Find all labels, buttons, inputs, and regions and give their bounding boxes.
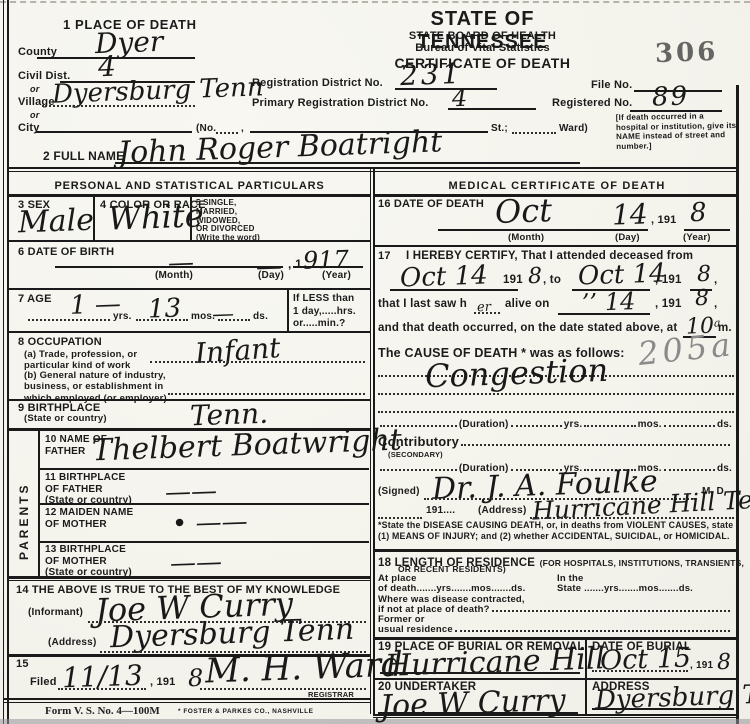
contracted-row: if not at place of death? [378,603,732,615]
sex-race-divider [93,197,95,240]
date-of-death-label: 16 DATE OF DEATH [378,198,484,210]
right-bottom-rule-a [373,714,739,716]
alive-comma: , [714,298,717,310]
former-line-2: usual residence [378,624,453,635]
undertaker-divider [585,678,587,714]
age-mos-label: mos. [191,311,215,322]
hospital-note: [If death occurred in a hospital or inst… [616,111,739,151]
former-row: usual residence [378,623,732,635]
dod-month-label: (Month) [508,232,544,243]
cause-lead-3 [378,410,734,413]
burial-year-prefix: , 191 [690,660,713,671]
top-edge-dashes [0,1,750,3]
contributory-row: Contributory [378,432,732,449]
dod-line-1 [438,229,648,231]
dob-line-2 [293,266,363,268]
filed-label: Filed [30,676,57,688]
printer-footer: * FOSTER & PARKES CO., NASHVILLE [178,708,313,715]
age-rule [9,331,370,333]
to-year-value: 8 [697,262,712,287]
last-saw-prefix: that I last saw h [378,298,467,310]
row-a-rule [9,240,370,242]
age-less-note: If LESS than 1 day,.....hrs. or.....min.… [293,293,356,331]
dob-label: 6 DATE OF BIRTH [18,246,114,258]
dotted-leader [455,629,730,632]
reg-district-line [395,88,497,90]
occupation-a-label: (a) Trade, profession, or particular kin… [24,349,137,372]
disease-footnote: *State the DISEASE CAUSING DEATH, or, in… [378,520,734,542]
duration-label-1: (Duration) [459,419,509,430]
mother-name-label: 12 MAIDEN NAME OF MOTHER [45,507,133,531]
reg-district-label: Registration District No. [252,77,383,89]
informant-label: (Informant) [28,607,83,618]
duration-yrs-1: yrs. [564,419,583,430]
burial-rule-top [373,637,739,640]
date-of-death-month: Oct [494,191,552,231]
parents-rule-a [9,576,370,579]
cause-of-death-value: Congestion [424,351,608,395]
left-bottom-rule-b [3,702,370,703]
occurred-label: and that death occurred, on the date sta… [378,322,677,334]
dod-rule [373,245,739,247]
city-line [36,131,192,133]
registered-no-label: Registered No. [552,97,632,109]
age-yrs-lead [28,318,110,321]
or-label-2: or [30,110,39,120]
date-of-death-year: 8 [689,198,707,229]
or-label-1: or [30,84,39,94]
from-year-value: 8 [528,264,543,289]
filed-lead [58,687,146,690]
age-box-divider [287,290,289,331]
dod-year-label: (Year) [683,232,711,243]
age-ds-lead [218,318,250,321]
residence-rule-top [373,549,739,552]
filed-year-prefix: , 191 [150,676,175,688]
duration-ds-2: ds. [717,463,732,474]
duration-ds-1: ds. [717,419,732,430]
parents-label: PARENTS [17,440,31,560]
last-saw-lead [474,311,500,314]
burial-date-lead [592,669,688,672]
full-name-label: 2 FULL NAME [43,149,124,163]
burial-place-line [380,672,580,674]
date-of-death-day: 14 [611,197,648,231]
dod-day-label: (Day) [615,232,640,243]
alive-year-prefix: , 191 [655,298,682,310]
dotted-leader [380,424,457,427]
dob-year-label: (Year) [322,270,351,281]
mother-name-value: • —— [171,507,248,540]
father-rule [38,468,369,470]
alive-line [558,313,650,315]
signed-label: (Signed) [378,486,420,497]
dob-year-prefix: , 1 [288,257,302,271]
dotted-leader [584,424,635,427]
to-year-prefix: , 191 [655,274,682,286]
file-no-label: File No. [591,79,632,91]
left-border-inner [7,0,9,724]
stamp-number: 306 [654,37,718,69]
from-line [390,289,518,291]
parents-rule-b [9,580,370,581]
dotted-leader [664,424,715,427]
dob-day-label: (Day) [258,270,284,281]
ward-label: Ward) [559,123,588,134]
registrar-signature: M. H. Ward [204,645,403,692]
street-label: St.; [491,123,508,134]
bureau-line: Bureau of Vital Statistics [375,42,590,54]
cause-lead-2 [378,392,734,395]
left-border-outer [3,0,4,724]
filed-number: 15 [16,658,29,670]
sex-value: Male [17,203,94,241]
state-units: State .......yrs.......mos.......ds. [557,583,693,594]
father-birthplace-label: 11 BIRTHPLACE OF FATHER (State or countr… [45,472,132,507]
dob-month-label: (Month) [155,270,193,281]
bottom-scan-edge [0,719,750,724]
undertaker-address-value: Dyersburg Tenn [595,678,750,715]
alive-on-label: alive on [505,298,549,310]
mother-rule [38,541,369,543]
contributory-label: Contributory [378,434,459,449]
village-line [42,104,195,107]
medical-title-rule [375,194,739,197]
father-bp-rule [38,503,369,505]
age-ds-label: ds. [253,311,268,322]
primary-reg-label: Primary Registration District No. [252,97,429,109]
full-name-line [115,162,580,164]
marital-label: 5 SINGLE, MARRIED, WIDOWED, OR DIVORCED … [196,199,260,243]
ward-line [512,131,556,134]
mother-birthplace-label: 13 BIRTHPLACE OF MOTHER (State or countr… [45,544,132,579]
age-label: 7 AGE [18,293,52,305]
race-marital-divider [190,197,192,240]
sig-address-lead [530,516,734,519]
undertaker-rule-top [373,678,739,680]
sig-address-label: (Address) [478,505,526,516]
dob-line-1 [55,266,283,268]
age-yrs-label: yrs. [113,311,132,322]
dotted-leader [461,443,730,446]
alive-year-value: 8 [695,286,710,311]
death-certificate-document: 1 PLACE OF DEATH County Dyer Civil Dist.… [0,0,750,724]
dod-year-prefix: , 191 [651,214,676,226]
board-line: STATE BOARD OF HEALTH [375,30,590,42]
occupation-b-lead [168,392,365,395]
to-label: , to [543,274,561,286]
from-year-printed: 191 [503,274,523,286]
registered-no-value: 89 [651,81,689,112]
county-line [37,57,195,59]
occupation-a-value: Infant [194,331,282,370]
occupation-label: 8 OCCUPATION [18,336,102,348]
burial-year-value: 8 [717,650,732,675]
sig-year-label: 191.... [426,505,455,516]
medical-section-title: MEDICAL CERTIFICATE OF DEATH [375,180,739,192]
duration-row-1: (Duration) yrs. mos. ds. [378,414,732,430]
sig-date-lead [378,516,422,519]
informant-address-label: (Address) [48,637,96,648]
certify-number: 17 [378,250,391,262]
mother-birthplace-value: —— [169,547,222,579]
duration-mos-1: mos. [638,419,662,430]
at-place-units: of death.......yrs.......mos.......ds. [378,583,526,594]
dotted-leader [511,424,562,427]
primary-reg-line [448,108,536,110]
to-comma: , [714,274,717,286]
dod-line-2 [684,229,730,231]
birthplace-note: (State or country) [24,413,107,424]
age-mos-lead [136,318,188,321]
undertaker-address-line [592,708,734,710]
personal-section-title: PERSONAL AND STATISTICAL PARTICULARS [9,180,370,192]
residence-note-1: (FOR HOSPITALS, INSTITUTIONS, TRANSIENTS… [540,558,745,568]
form-number-footer: Form V. S. No. 4—100M [45,705,160,717]
dob-rule [9,288,370,290]
dotted-leader [492,609,730,612]
burial-divider [585,637,587,678]
dotted-leader [664,468,715,471]
right-bottom-rule-b [373,717,739,718]
left-bottom-rule-a [3,698,370,700]
occupation-a-lead [150,360,365,363]
